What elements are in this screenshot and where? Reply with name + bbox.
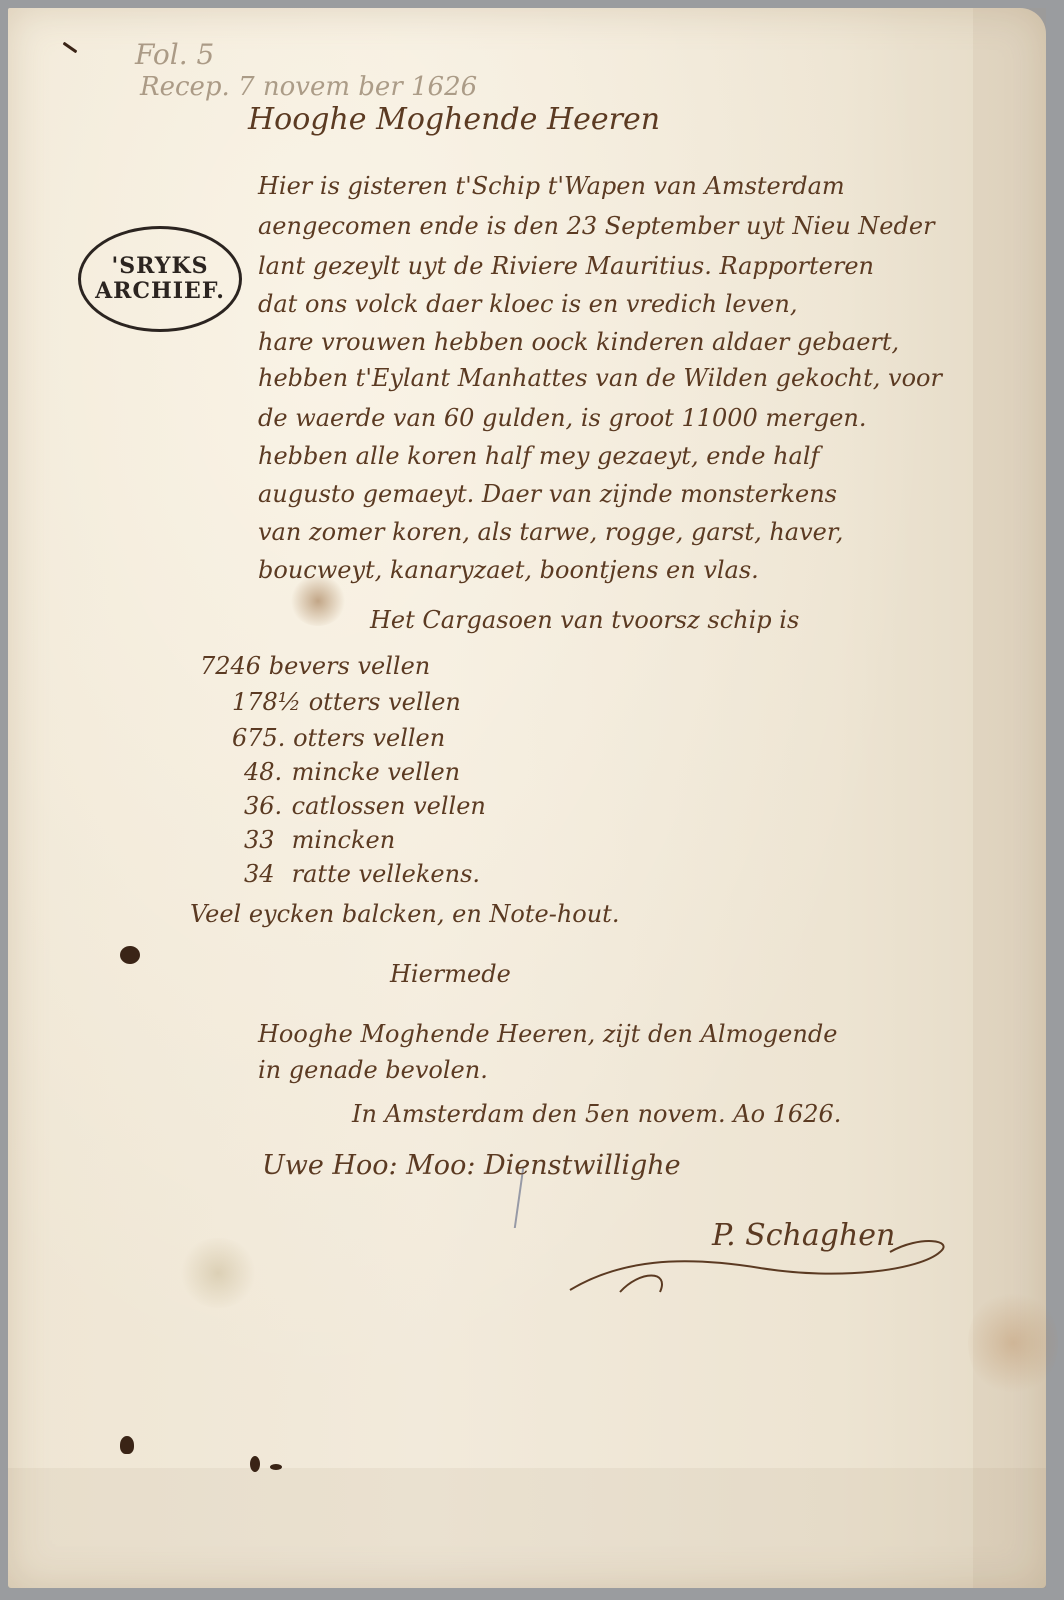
closing-line: Hooghe Moghende Heeren, zijt den Almogen… [258,1020,837,1048]
cargo-row: 36. catlossen vellen [244,792,486,820]
ink-blot [120,946,140,964]
archive-stamp-line1: 'SRYKS [112,254,209,279]
cargo-row: 33 mincken [244,826,395,854]
archive-stamp: 'SRYKS ARCHIEF. [78,226,242,332]
body-line: Hier is gisteren t'Schip t'Wapen van Ams… [258,172,845,200]
cargo-qty: 34 [244,860,284,888]
archive-stamp-line2: ARCHIEF. [95,279,225,304]
cargo-qty: 36. [244,792,284,820]
ink-blot [270,1464,282,1470]
cargo-footer: Veel eycken balcken, en Note-hout. [190,900,619,928]
cargo-item: ratte vellekens. [292,860,480,888]
margin-note-folio: Fol. 5 [135,38,214,71]
margin-note-received: Recep. 7 novem ber 1626 [140,72,477,102]
cargo-item: otters vellen [309,688,461,716]
cargo-heading: Het Cargasoen van tvoorsz schip is [370,606,799,634]
body-line: hebben t'Eylant Manhattes van de Wilden … [258,364,942,392]
cargo-qty: 7246 [200,652,261,680]
subscription: Uwe Hoo: Moo: Dienstwillighe [262,1150,681,1181]
ink-blot [250,1456,260,1472]
paper-fold-horizontal [8,1468,1046,1588]
closing-line: in genade bevolen. [258,1056,488,1084]
signature-flourish [560,1230,980,1300]
cargo-item: mincken [292,826,396,854]
cargo-item: bevers vellen [269,652,431,680]
body-line: dat ons volck daer kloec is en vredich l… [258,290,797,318]
salutation: Hooghe Moghende Heeren [248,102,660,137]
cargo-row: 48. mincke vellen [244,758,460,786]
body-line: lant gezeylt uyt de Riviere Mauritius. R… [258,252,874,280]
body-line: hebben alle koren half mey gezaeyt, ende… [258,442,819,470]
cargo-row: 178½ otters vellen [232,688,461,716]
corner-stain [968,1288,1058,1398]
cargo-row: 675. otters vellen [232,724,445,752]
cargo-item: mincke vellen [292,758,460,786]
cargo-qty: 48. [244,758,284,786]
cargo-row: 7246 bevers vellen [200,652,430,680]
ink-mark [63,42,78,54]
body-line: van zomer koren, als tarwe, rogge, garst… [258,518,843,546]
place-date: In Amsterdam den 5en novem. Ao 1626. [352,1100,841,1128]
cargo-qty: 178½ [232,688,301,716]
cargo-item: otters vellen [293,724,445,752]
margin-note-received-text: Recep. 7 novem ber 1626 [140,72,477,102]
cargo-qty: 675. [232,724,285,752]
body-line: boucweyt, kanaryzaet, boontjens en vlas. [258,556,759,584]
closing-hiermede: Hiermede [390,960,511,988]
cargo-row: 34 ratte vellekens. [244,860,480,888]
cargo-item: catlossen vellen [292,792,486,820]
ink-blot [120,1436,134,1454]
body-line: hare vrouwen hebben oock kinderen aldaer… [258,328,899,356]
foxing-stain [178,1238,258,1308]
cargo-qty: 33 [244,826,284,854]
body-line: aengecomen ende is den 23 September uyt … [258,212,935,240]
body-line: de waerde van 60 gulden, is groot 11000 … [258,404,867,432]
body-line: augusto gemaeyt. Daer van zijnde monster… [258,480,837,508]
